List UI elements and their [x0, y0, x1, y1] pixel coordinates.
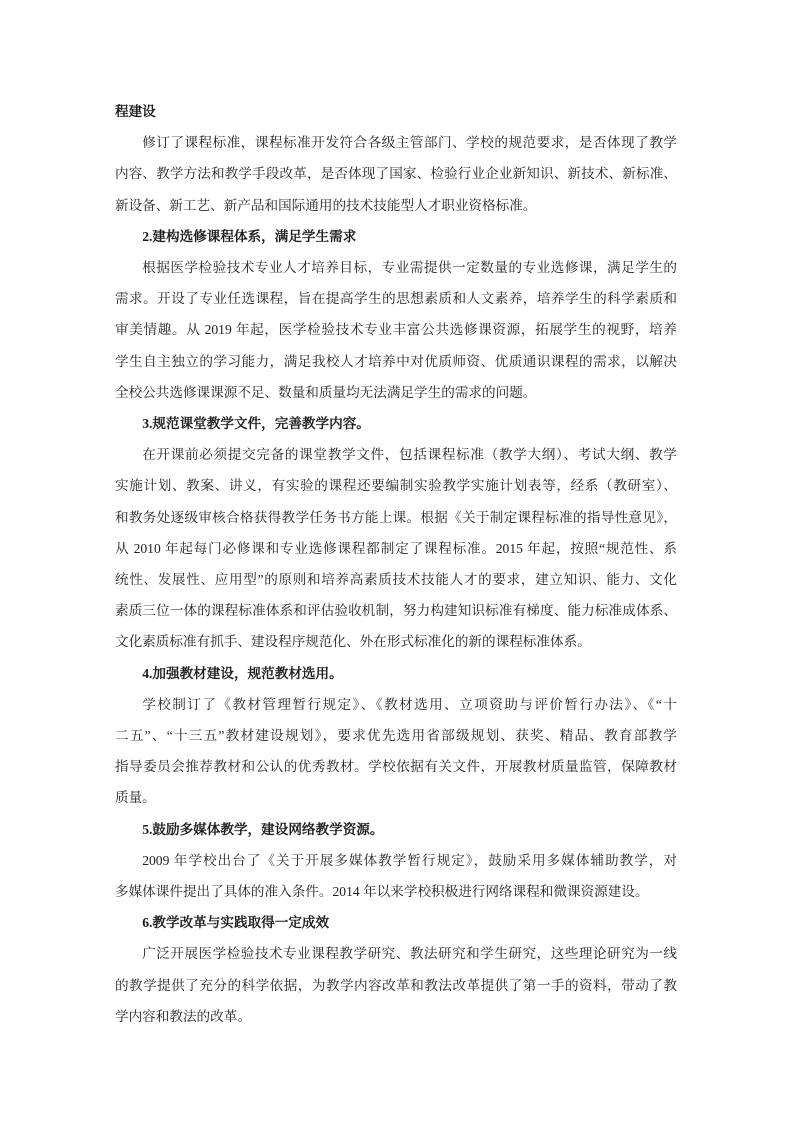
section-heading: 6.教学改革与实践取得一定成效: [115, 907, 677, 938]
text-line: 和教务处逐级审核合格获得教学任务书方能上课。根据《关于制定课程标准的指导性意见》…: [115, 502, 677, 533]
section-heading: 5.鼓励多媒体教学，建设网络教学资源。: [115, 814, 677, 845]
text-line: 2.建构选修课程体系，满足学生需求: [115, 221, 677, 252]
text-line: 需求。开设了专业任选课程，旨在提高学生的思想素质和人文素养，培养学生的科学素质和: [115, 283, 677, 314]
text-line: 实施计划、教案、讲义，有实验的课程还要编制实验教学实施计划表等，经系（教研室）、: [115, 470, 677, 501]
text-line: 2009 年学校出台了《关于开展多媒体教学暂行规定》，鼓励采用多媒体辅助教学，对: [115, 845, 677, 876]
text-line: 多媒体课件提出了具体的准入条件。2014 年以来学校积极进行网络课程和微课资源建…: [115, 876, 677, 907]
text-line: 二五”、“十三五”教材建设规划》，要求优先选用省部级规划、获奖、精品、教育部教学: [115, 720, 677, 751]
text-line: 程建设: [115, 96, 677, 127]
text-line: 文化素质标准有抓手、建设程序规范化、外在形式标准化的新的课程标准体系。: [115, 626, 677, 657]
text-line: 学生自主独立的学习能力，满足我校人才培养中对优质师资、优质通识课程的需求，以解决: [115, 346, 677, 377]
text-line: 修订了课程标准，课程标准开发符合各级主管部门、学校的规范要求，是否体现了教学: [115, 127, 677, 158]
text-line: 内容、教学方法和教学手段改革，是否体现了国家、检验行业企业新知识、新技术、新标准…: [115, 158, 677, 189]
paragraph: 广泛开展医学检验技术专业课程教学研究、教法研究和学生研究，这些理论研究为一线的教…: [115, 938, 677, 1032]
page-content: 程建设修订了课程标准，课程标准开发符合各级主管部门、学校的规范要求，是否体现了教…: [115, 96, 677, 1032]
text-line: 新设备、新工艺、新产品和国际通用的技术技能型人才职业资格标准。: [115, 190, 677, 221]
paragraph: 根据医学检验技术专业人才培养目标，专业需提供一定数量的专业选修课，满足学生的需求…: [115, 252, 677, 408]
text-line: 从 2010 年起每门必修课和专业选修课程都制定了课程标准。2015 年起，按照…: [115, 533, 677, 564]
text-line: 质量。: [115, 782, 677, 813]
text-line: 5.鼓励多媒体教学，建设网络教学资源。: [115, 814, 677, 845]
section-heading: 2.建构选修课程体系，满足学生需求: [115, 221, 677, 252]
section-heading: 4.加强教材建设，规范教材选用。: [115, 658, 677, 689]
text-line: 学校制订了《教材管理暂行规定》、《教材选用、立项资助与评价暂行办法》、《“十: [115, 689, 677, 720]
text-line: 指导委员会推荐教材和公认的优秀教材。学校依据有关文件，开展教材质量监管，保障教材: [115, 751, 677, 782]
paragraph: 学校制订了《教材管理暂行规定》、《教材选用、立项资助与评价暂行办法》、《“十二五…: [115, 689, 677, 814]
paragraph: 在开课前必须提交完备的课堂教学文件，包括课程标准（教学大纲）、考试大纲、教学实施…: [115, 439, 677, 657]
text-line: 素质三位一体的课程标准体系和评估验收机制，努力构建知识标准有梯度、能力标准成体系…: [115, 595, 677, 626]
text-line: 全校公共选修课课源不足、数量和质量均无法满足学生的需求的问题。: [115, 377, 677, 408]
paragraph: 2009 年学校出台了《关于开展多媒体教学暂行规定》，鼓励采用多媒体辅助教学，对…: [115, 845, 677, 907]
text-line: 统性、发展性、应用型”的原则和培养高素质技术技能人才的要求，建立知识、能力、文化: [115, 564, 677, 595]
text-line: 学内容和教法的改革。: [115, 1001, 677, 1032]
section-heading: 3.规范课堂教学文件，完善教学内容。: [115, 408, 677, 439]
text-line: 审美情趣。从 2019 年起，医学检验技术专业丰富公共选修课资源，拓展学生的视野…: [115, 314, 677, 345]
document-page: 程建设修订了课程标准，课程标准开发符合各级主管部门、学校的规范要求，是否体现了教…: [0, 0, 793, 1122]
text-line: 3.规范课堂教学文件，完善教学内容。: [115, 408, 677, 439]
text-line: 6.教学改革与实践取得一定成效: [115, 907, 677, 938]
text-line: 的教学提供了充分的科学依据，为教学内容改革和教法改革提供了第一手的资料，带动了教: [115, 970, 677, 1001]
paragraph: 修订了课程标准，课程标准开发符合各级主管部门、学校的规范要求，是否体现了教学内容…: [115, 127, 677, 221]
text-line: 在开课前必须提交完备的课堂教学文件，包括课程标准（教学大纲）、考试大纲、教学: [115, 439, 677, 470]
text-line: 4.加强教材建设，规范教材选用。: [115, 658, 677, 689]
text-line: 根据医学检验技术专业人才培养目标，专业需提供一定数量的专业选修课，满足学生的: [115, 252, 677, 283]
section-heading: 程建设: [115, 96, 677, 127]
text-line: 广泛开展医学检验技术专业课程教学研究、教法研究和学生研究，这些理论研究为一线: [115, 938, 677, 969]
